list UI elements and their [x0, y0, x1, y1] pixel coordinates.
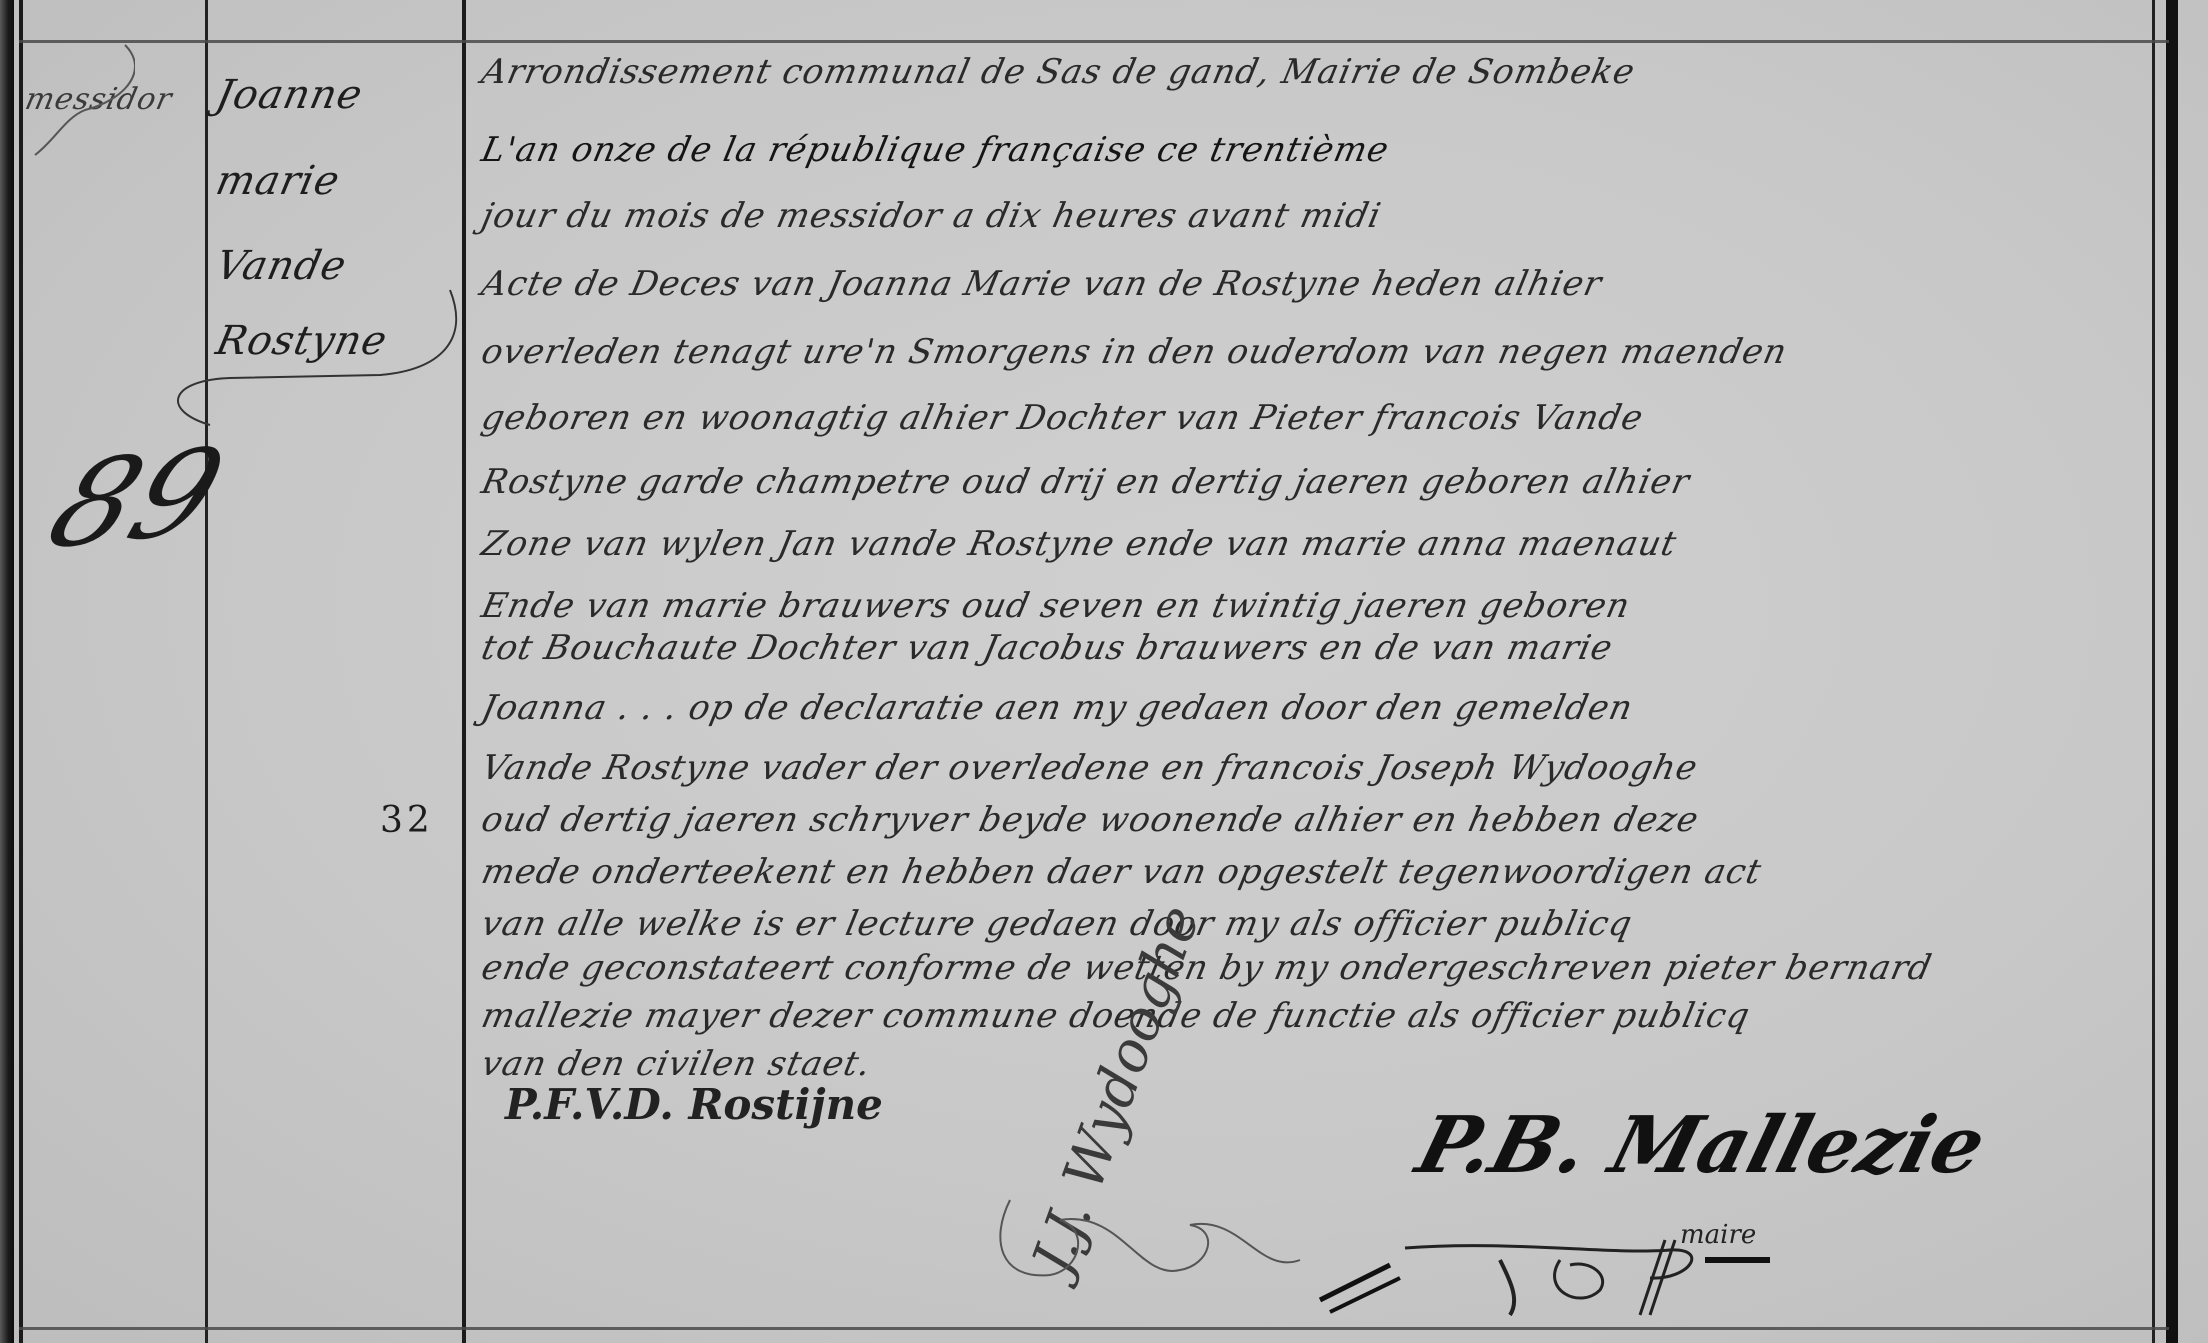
deceased-second-name: marie: [212, 158, 344, 204]
ruling-left-margin: [19, 0, 23, 1343]
record-line: Ende van marie brauwers oud seven en twi…: [478, 586, 1634, 626]
record-line: Acte de Deces van Joanna Marie van de Ro…: [478, 264, 1606, 304]
signature-declarant: P.F.V.D. Rostijne: [505, 1080, 883, 1129]
margin-month: messidor: [22, 82, 176, 117]
ruling-name-column: [462, 0, 466, 1343]
record-line: Zone van wylen Jan vande Rostyne ende va…: [478, 524, 1680, 564]
record-line: jour du mois de messidor a dix heures av…: [478, 196, 1385, 236]
ruling-bottom: [19, 1327, 2169, 1330]
deceased-surname: Rostyne: [212, 318, 392, 364]
book-binding-shadow: [0, 0, 14, 1343]
record-line: Arrondissement communal de Sas de gand, …: [478, 52, 1639, 92]
ruling-right-outer: [2166, 0, 2178, 1343]
deceased-surname-prefix: Vande: [212, 243, 351, 289]
record-line: Rostyne garde champetre oud drij en dert…: [478, 462, 1694, 502]
ruling-right-inner: [2152, 0, 2155, 1343]
ruling-top: [19, 40, 2169, 43]
signature-officer: P.B. Mallezie: [1408, 1100, 1995, 1191]
record-line: van alle welke is er lecture gedaen door…: [478, 904, 1636, 944]
record-line: overleden tenagt ure'n Smorgens in den o…: [478, 332, 1791, 372]
record-line: geboren en woonagtig alhier Dochter van …: [478, 398, 1647, 438]
ruling-margin-column: [205, 0, 208, 1343]
record-line: mede onderteekent en hebben daer van opg…: [478, 852, 1765, 892]
deceased-first-name: Joanne: [212, 72, 367, 118]
officer-title: maire: [1680, 1220, 1756, 1250]
record-line: Joanna . . . op de declaratie aen my ged…: [478, 688, 1637, 728]
record-line: ende geconstateert conforme de wetten by…: [478, 948, 1936, 988]
page-reference-number: 32: [380, 800, 434, 841]
record-line: tot Bouchaute Dochter van Jacobus brauwe…: [478, 628, 1617, 668]
record-line: Vande Rostyne vader der overledene en fr…: [478, 748, 1702, 788]
record-line: oud dertig jaeren schryver beyde woonend…: [478, 800, 1703, 840]
record-number: 89: [32, 422, 241, 576]
record-line: L'an onze de la république française ce …: [478, 130, 1393, 170]
record-line: van den civilen staet.: [478, 1044, 875, 1084]
register-page: messidor 89 Joanne marie Vande Rostyne 3…: [0, 0, 2208, 1343]
